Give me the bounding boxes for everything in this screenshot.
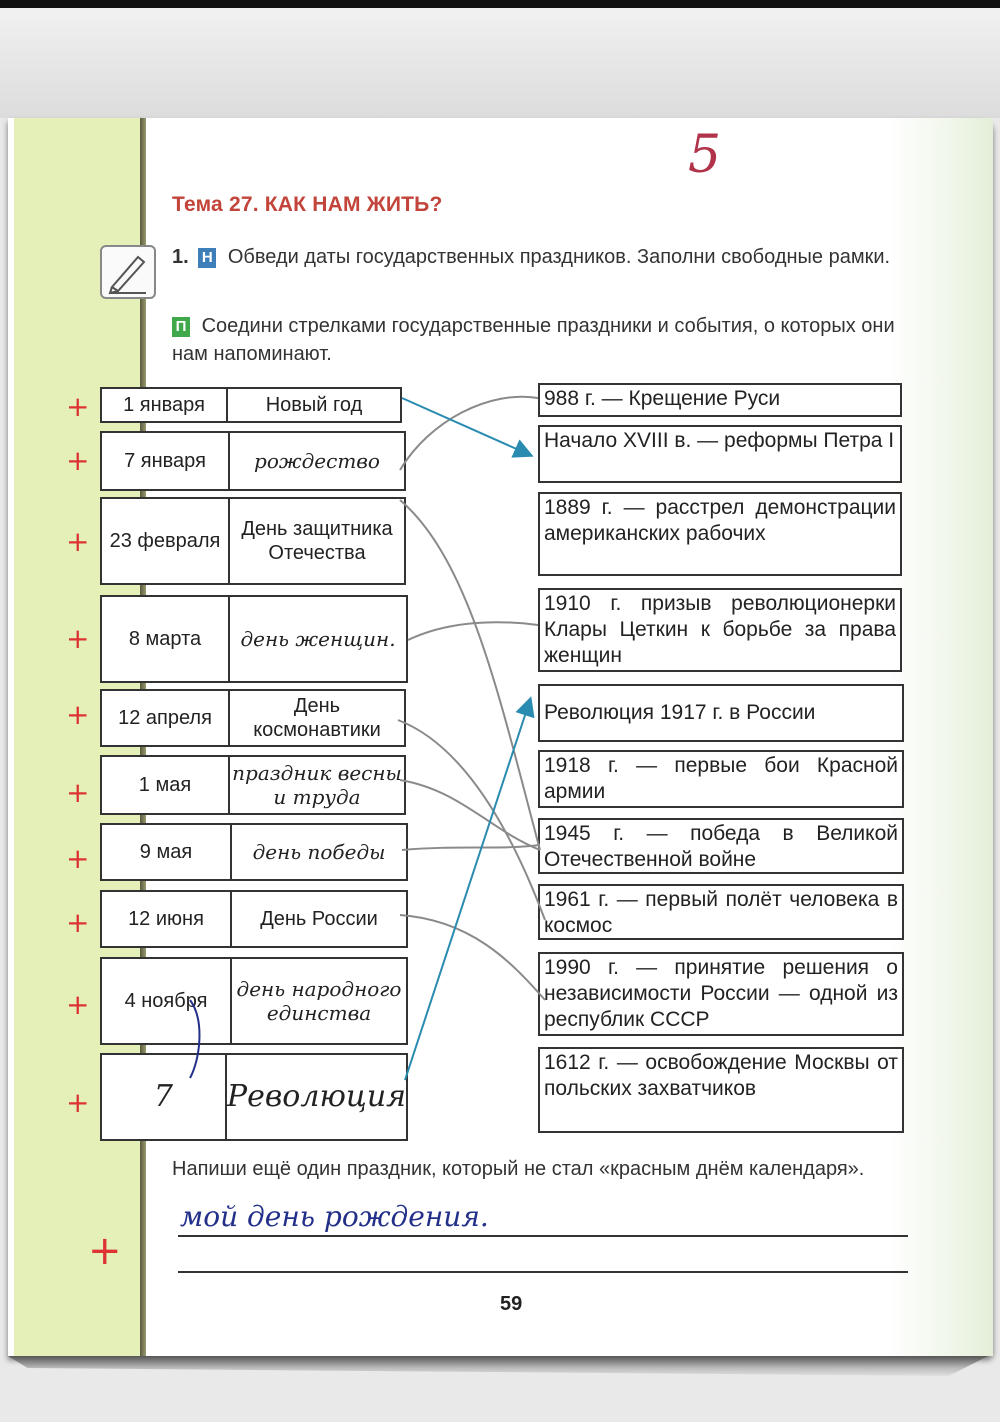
check-mark: + (66, 776, 89, 809)
event-box: 1918 г. — первые бои Красной армии (538, 750, 904, 808)
scanner-background (0, 8, 1000, 118)
level-badge-n: Н (198, 248, 216, 268)
task-1-instruction: 1. Н Обведи даты государственных праздни… (172, 243, 907, 271)
holiday-date: 1 мая (102, 757, 230, 813)
scanner-edge (0, 0, 1000, 8)
holiday-name-handwritten[interactable]: Революция (227, 1055, 406, 1139)
holiday-date: 4 ноября (102, 959, 232, 1043)
grade-mark: 5 (688, 125, 721, 185)
holiday-date: 8 марта (102, 597, 230, 681)
check-mark: + (66, 622, 89, 655)
holiday-name-handwritten[interactable]: рождество (230, 433, 404, 489)
task-3-prompt: Напиши ещё один праздник, который не ста… (172, 1155, 907, 1183)
topic-title: Тема 27. КАК НАМ ЖИТЬ? (172, 193, 443, 217)
holiday-date: 12 апреля (102, 691, 230, 745)
check-mark: + (66, 525, 89, 558)
page-number: 59 (500, 1293, 522, 1316)
holiday-name: День защитника Отечества (230, 499, 404, 583)
task-3-answer-handwritten[interactable]: мой день рождения. (180, 1200, 489, 1233)
holiday-row: 4 ноября день народного единства (100, 957, 408, 1045)
holiday-row: 1 мая праздник весны и труда (100, 755, 406, 815)
holiday-name: Новый год (228, 389, 400, 421)
check-mark: + (66, 698, 89, 731)
holiday-date: 9 мая (102, 825, 232, 879)
holiday-date: 23 февраля (102, 499, 230, 583)
holiday-name-handwritten[interactable]: день победы (232, 825, 406, 879)
task-1-text-2: Соедини стрелками государственные праздн… (172, 315, 895, 365)
holiday-name: День России (232, 892, 406, 946)
holiday-row: 7 Революция (100, 1053, 408, 1141)
check-mark: + (66, 906, 89, 939)
holiday-date: 1 января (102, 389, 228, 421)
level-badge-p: П (172, 317, 190, 337)
check-mark: + (66, 842, 89, 875)
event-box: Революция 1917 г. в России (538, 684, 904, 742)
holiday-name-handwritten[interactable]: день народного единства (232, 959, 406, 1043)
task-1-subinstruction: П Соедини стрелками государственные праз… (172, 312, 907, 368)
check-mark: + (66, 988, 89, 1021)
task-1-text: Обведи даты государственных праздников. … (228, 246, 890, 268)
event-box: 1889 г. — расстрел демонстрации американ… (538, 492, 902, 576)
event-box: 1990 г. — принятие решения о независимос… (538, 952, 904, 1036)
answer-line (178, 1235, 908, 1237)
event-box: Начало XVIII в. — реформы Петра I (538, 425, 902, 483)
check-mark: + (66, 1086, 89, 1119)
task-number: 1. (172, 246, 189, 268)
holiday-row: 12 июня День России (100, 890, 408, 948)
event-box: 1945 г. — победа в Великой Отечественной… (538, 818, 904, 874)
holiday-row: 12 апреля День космонавтики (100, 689, 406, 747)
answer-line (178, 1271, 908, 1273)
holiday-row: 7 января рождество (100, 431, 406, 491)
check-mark: + (88, 1228, 122, 1274)
check-mark: + (66, 444, 89, 477)
holiday-name-handwritten[interactable]: праздник весны и труда (230, 757, 404, 813)
holiday-name-handwritten[interactable]: день женщин. (230, 597, 406, 681)
event-box: 1961 г. — первый полёт человека в космос (538, 884, 904, 940)
pencil-icon (100, 245, 156, 299)
event-box: 1910 г. призыв революционерки Клары Цетк… (538, 588, 902, 672)
holiday-date: 12 июня (102, 892, 232, 946)
holiday-row: 23 февраля День защитника Отечества (100, 497, 406, 585)
holiday-row: 8 марта день женщин. (100, 595, 408, 683)
holiday-row: 9 мая день победы (100, 823, 408, 881)
page-stack (8, 1356, 988, 1376)
holiday-date-handwritten[interactable]: 7 (102, 1055, 227, 1139)
holiday-date: 7 января (102, 433, 230, 489)
holiday-row: 1 января Новый год (100, 387, 402, 423)
event-box: 988 г. — Крещение Руси (538, 383, 902, 417)
check-mark: + (66, 390, 89, 423)
holiday-name: День космонавтики (230, 691, 404, 745)
event-box: 1612 г. — освобождение Москвы от польски… (538, 1047, 904, 1133)
